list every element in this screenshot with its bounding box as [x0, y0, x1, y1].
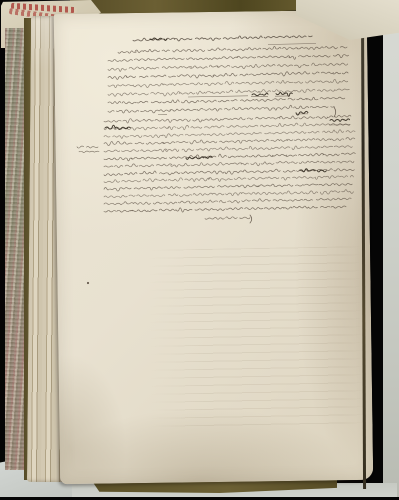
fore-edge-pages	[361, 3, 391, 489]
manuscript-photo: Photographic scan of a bound 18th-centur…	[0, 0, 399, 500]
ink-showthrough	[148, 246, 363, 428]
